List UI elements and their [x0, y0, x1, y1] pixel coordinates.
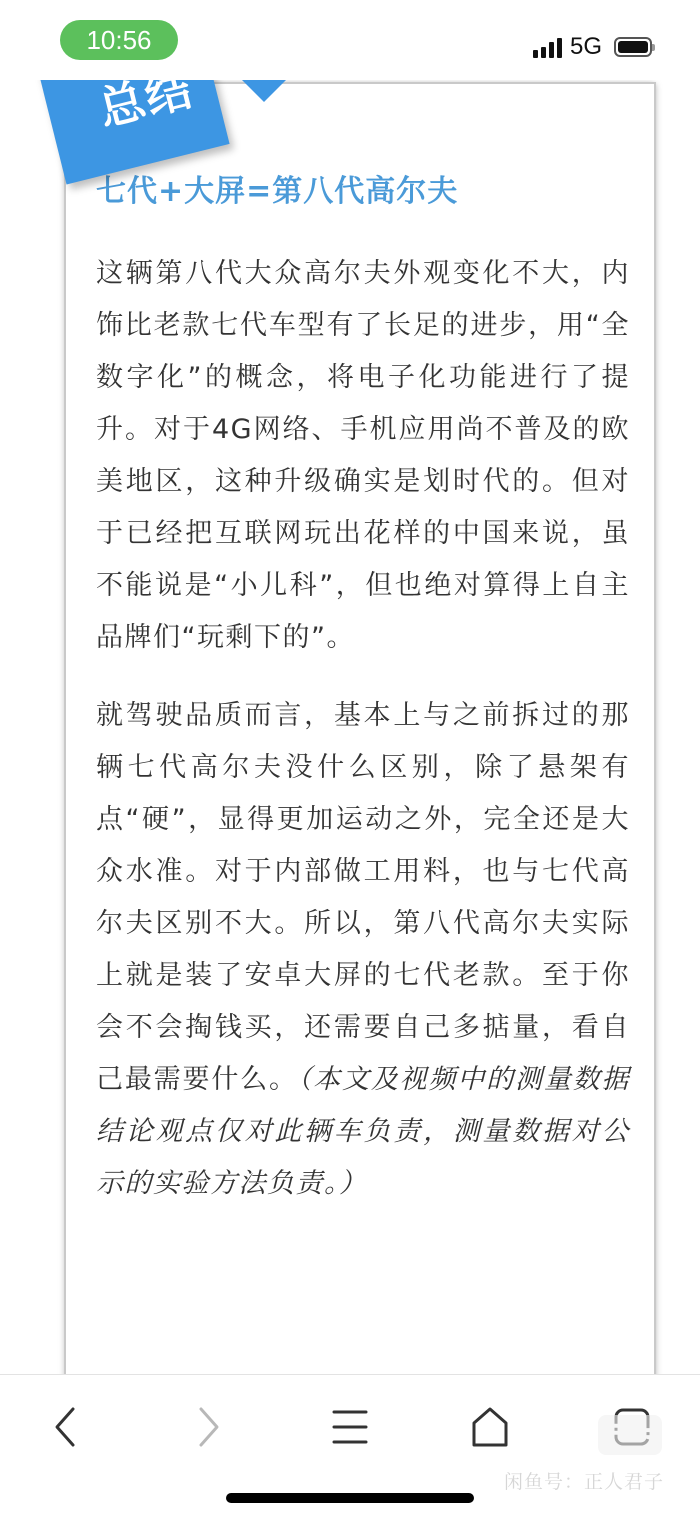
battery-full-icon	[614, 37, 652, 57]
home-icon	[470, 1407, 510, 1447]
home-indicator[interactable]	[226, 1493, 474, 1503]
watermark-logo	[598, 1415, 662, 1455]
status-bar: 10:56 5G	[0, 0, 700, 80]
section-title: 七代+大屏=第八代高尔夫	[96, 166, 458, 210]
back-button[interactable]	[36, 1397, 96, 1457]
watermark-text: 闲鱼号：正人君子	[504, 1467, 664, 1494]
signal-bars-icon	[533, 36, 562, 58]
chevron-right-icon	[193, 1405, 223, 1449]
paragraph-2: 就驾驶品质而言，基本上与之前拆过的那辆七代高尔夫没什么区别，除了悬架有点“硬”，…	[96, 690, 630, 1210]
badge-label: 总结	[91, 80, 200, 139]
paragraph-1: 这辆第八代大众高尔夫外观变化不大，内饰比老款七代车型有了长足的进步，用“全数字化…	[96, 248, 630, 664]
status-time: 10:56	[60, 20, 178, 60]
status-indicators: 5G	[533, 32, 652, 62]
menu-button[interactable]	[320, 1397, 380, 1457]
paragraph-2-body: 就驾驶品质而言，基本上与之前拆过的那辆七代高尔夫没什么区别，除了悬架有点“硬”，…	[96, 700, 630, 1095]
home-button[interactable]	[460, 1397, 520, 1457]
menu-icon	[330, 1407, 370, 1447]
forward-button[interactable]	[178, 1397, 238, 1457]
chevron-left-icon	[51, 1405, 81, 1449]
network-type: 5G	[570, 32, 602, 62]
card-notch-decoration	[242, 80, 286, 102]
